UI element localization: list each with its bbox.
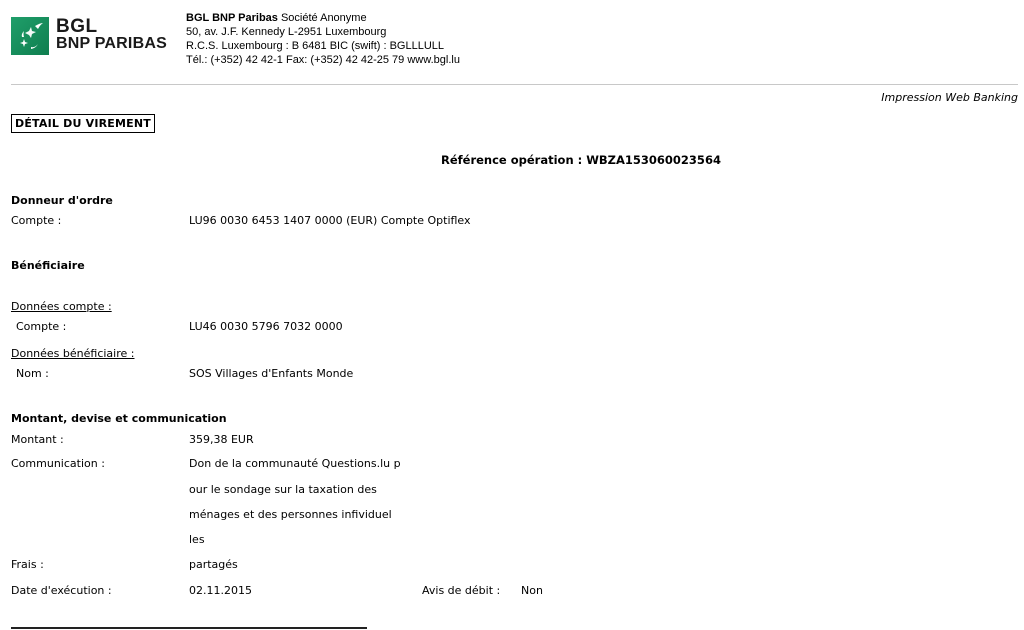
- communication-line: ménages et des personnes infividuel: [189, 508, 392, 521]
- avis-debit-value: Non: [521, 584, 543, 597]
- donneur-heading: Donneur d'ordre: [11, 194, 113, 207]
- bnp-stars-icon: [11, 17, 49, 55]
- donneur-compte-label: Compte :: [11, 214, 61, 227]
- montant-heading: Montant, devise et communication: [11, 412, 227, 425]
- beneficiaire-heading: Bénéficiaire: [11, 259, 85, 272]
- date-execution-label: Date d'exécution :: [11, 584, 112, 597]
- communication-line: our le sondage sur la taxation des: [189, 483, 377, 496]
- bank-type: Société Anonyme: [278, 12, 367, 24]
- bank-contact: Tél.: (+352) 42 42-1 Fax: (+352) 42 42-2…: [186, 53, 460, 67]
- communication-line: Don de la communauté Questions.lu p: [189, 457, 401, 470]
- page-title: DÉTAIL DU VIREMENT: [11, 114, 155, 133]
- logo-line2: BNP PARIBAS: [56, 35, 167, 52]
- beneficiaire-nom-value: SOS Villages d'Enfants Monde: [189, 367, 353, 380]
- footer-divider: [11, 627, 367, 629]
- donnees-compte-label: Données compte :: [11, 300, 112, 313]
- montant-value: 359,38 EUR: [189, 433, 254, 446]
- bank-address: 50, av. J.F. Kennedy L-2951 Luxembourg: [186, 25, 460, 39]
- impression-label: Impression Web Banking: [881, 91, 1018, 104]
- donnees-beneficiaire-label: Données bénéficiaire :: [11, 347, 134, 360]
- donneur-compte-value: LU96 0030 6453 1407 0000 (EUR) Compte Op…: [189, 214, 471, 227]
- bank-rcs: R.C.S. Luxembourg : B 6481 BIC (swift) :…: [186, 39, 460, 53]
- bank-logo-text: BGL BNP PARIBAS: [56, 18, 167, 52]
- beneficiaire-nom-label: Nom :: [16, 367, 49, 380]
- bank-name: BGL BNP Paribas: [186, 12, 278, 24]
- communication-label: Communication :: [11, 457, 105, 470]
- header-divider: [11, 84, 1018, 85]
- bank-info: BGL BNP Paribas Société Anonyme 50, av. …: [186, 11, 460, 67]
- avis-debit-label: Avis de débit :: [422, 584, 500, 597]
- bank-logo: [11, 17, 49, 55]
- frais-label: Frais :: [11, 558, 44, 571]
- date-execution-value: 02.11.2015: [189, 584, 252, 597]
- beneficiaire-compte-value: LU46 0030 5796 7032 0000: [189, 320, 343, 333]
- communication-line: les: [189, 533, 205, 546]
- montant-label: Montant :: [11, 433, 64, 446]
- operation-reference: Référence opération : WBZA153060023564: [441, 153, 721, 167]
- beneficiaire-compte-label: Compte :: [16, 320, 66, 333]
- frais-value: partagés: [189, 558, 238, 571]
- logo-line1: BGL: [56, 18, 167, 35]
